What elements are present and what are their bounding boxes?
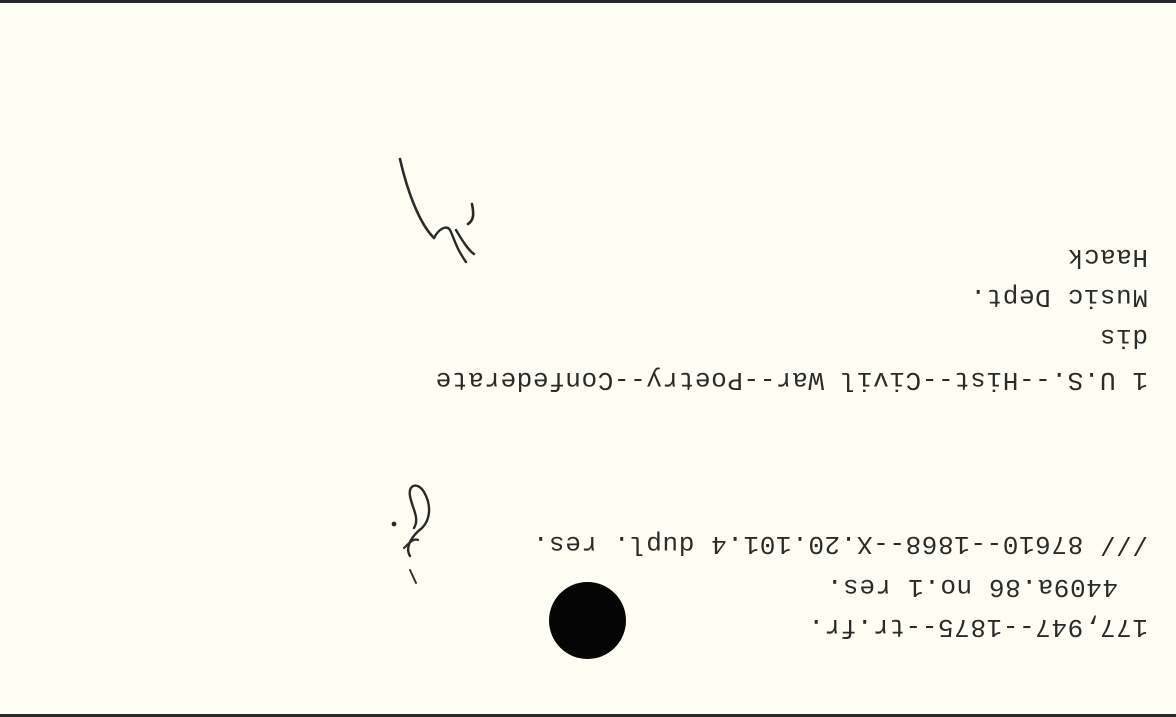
holding-line-2: 4409a.86 no.1 res.	[826, 572, 1118, 602]
holding-line-3: /// 87610--1868--X.20.101.4 dupl. res.	[532, 529, 1148, 559]
catalog-card: 177,947--1875--tr.fr. 4409a.86 no.1 res.…	[0, 0, 1176, 717]
note-haack: Haack	[1067, 242, 1148, 272]
handwritten-initials-icon	[386, 149, 486, 274]
subject-heading: 1 U.S.--Hist--Civil War--Poetry--Confede…	[435, 365, 1148, 395]
pen-tick-icon	[404, 566, 420, 586]
note-music-dept: Music Dept.	[970, 282, 1148, 312]
punch-hole	[549, 582, 626, 659]
holding-line-1: 177,947--1875--tr.fr.	[808, 612, 1148, 642]
note-dis: dis	[1099, 322, 1148, 352]
handwritten-loop-mark-icon	[384, 479, 444, 564]
